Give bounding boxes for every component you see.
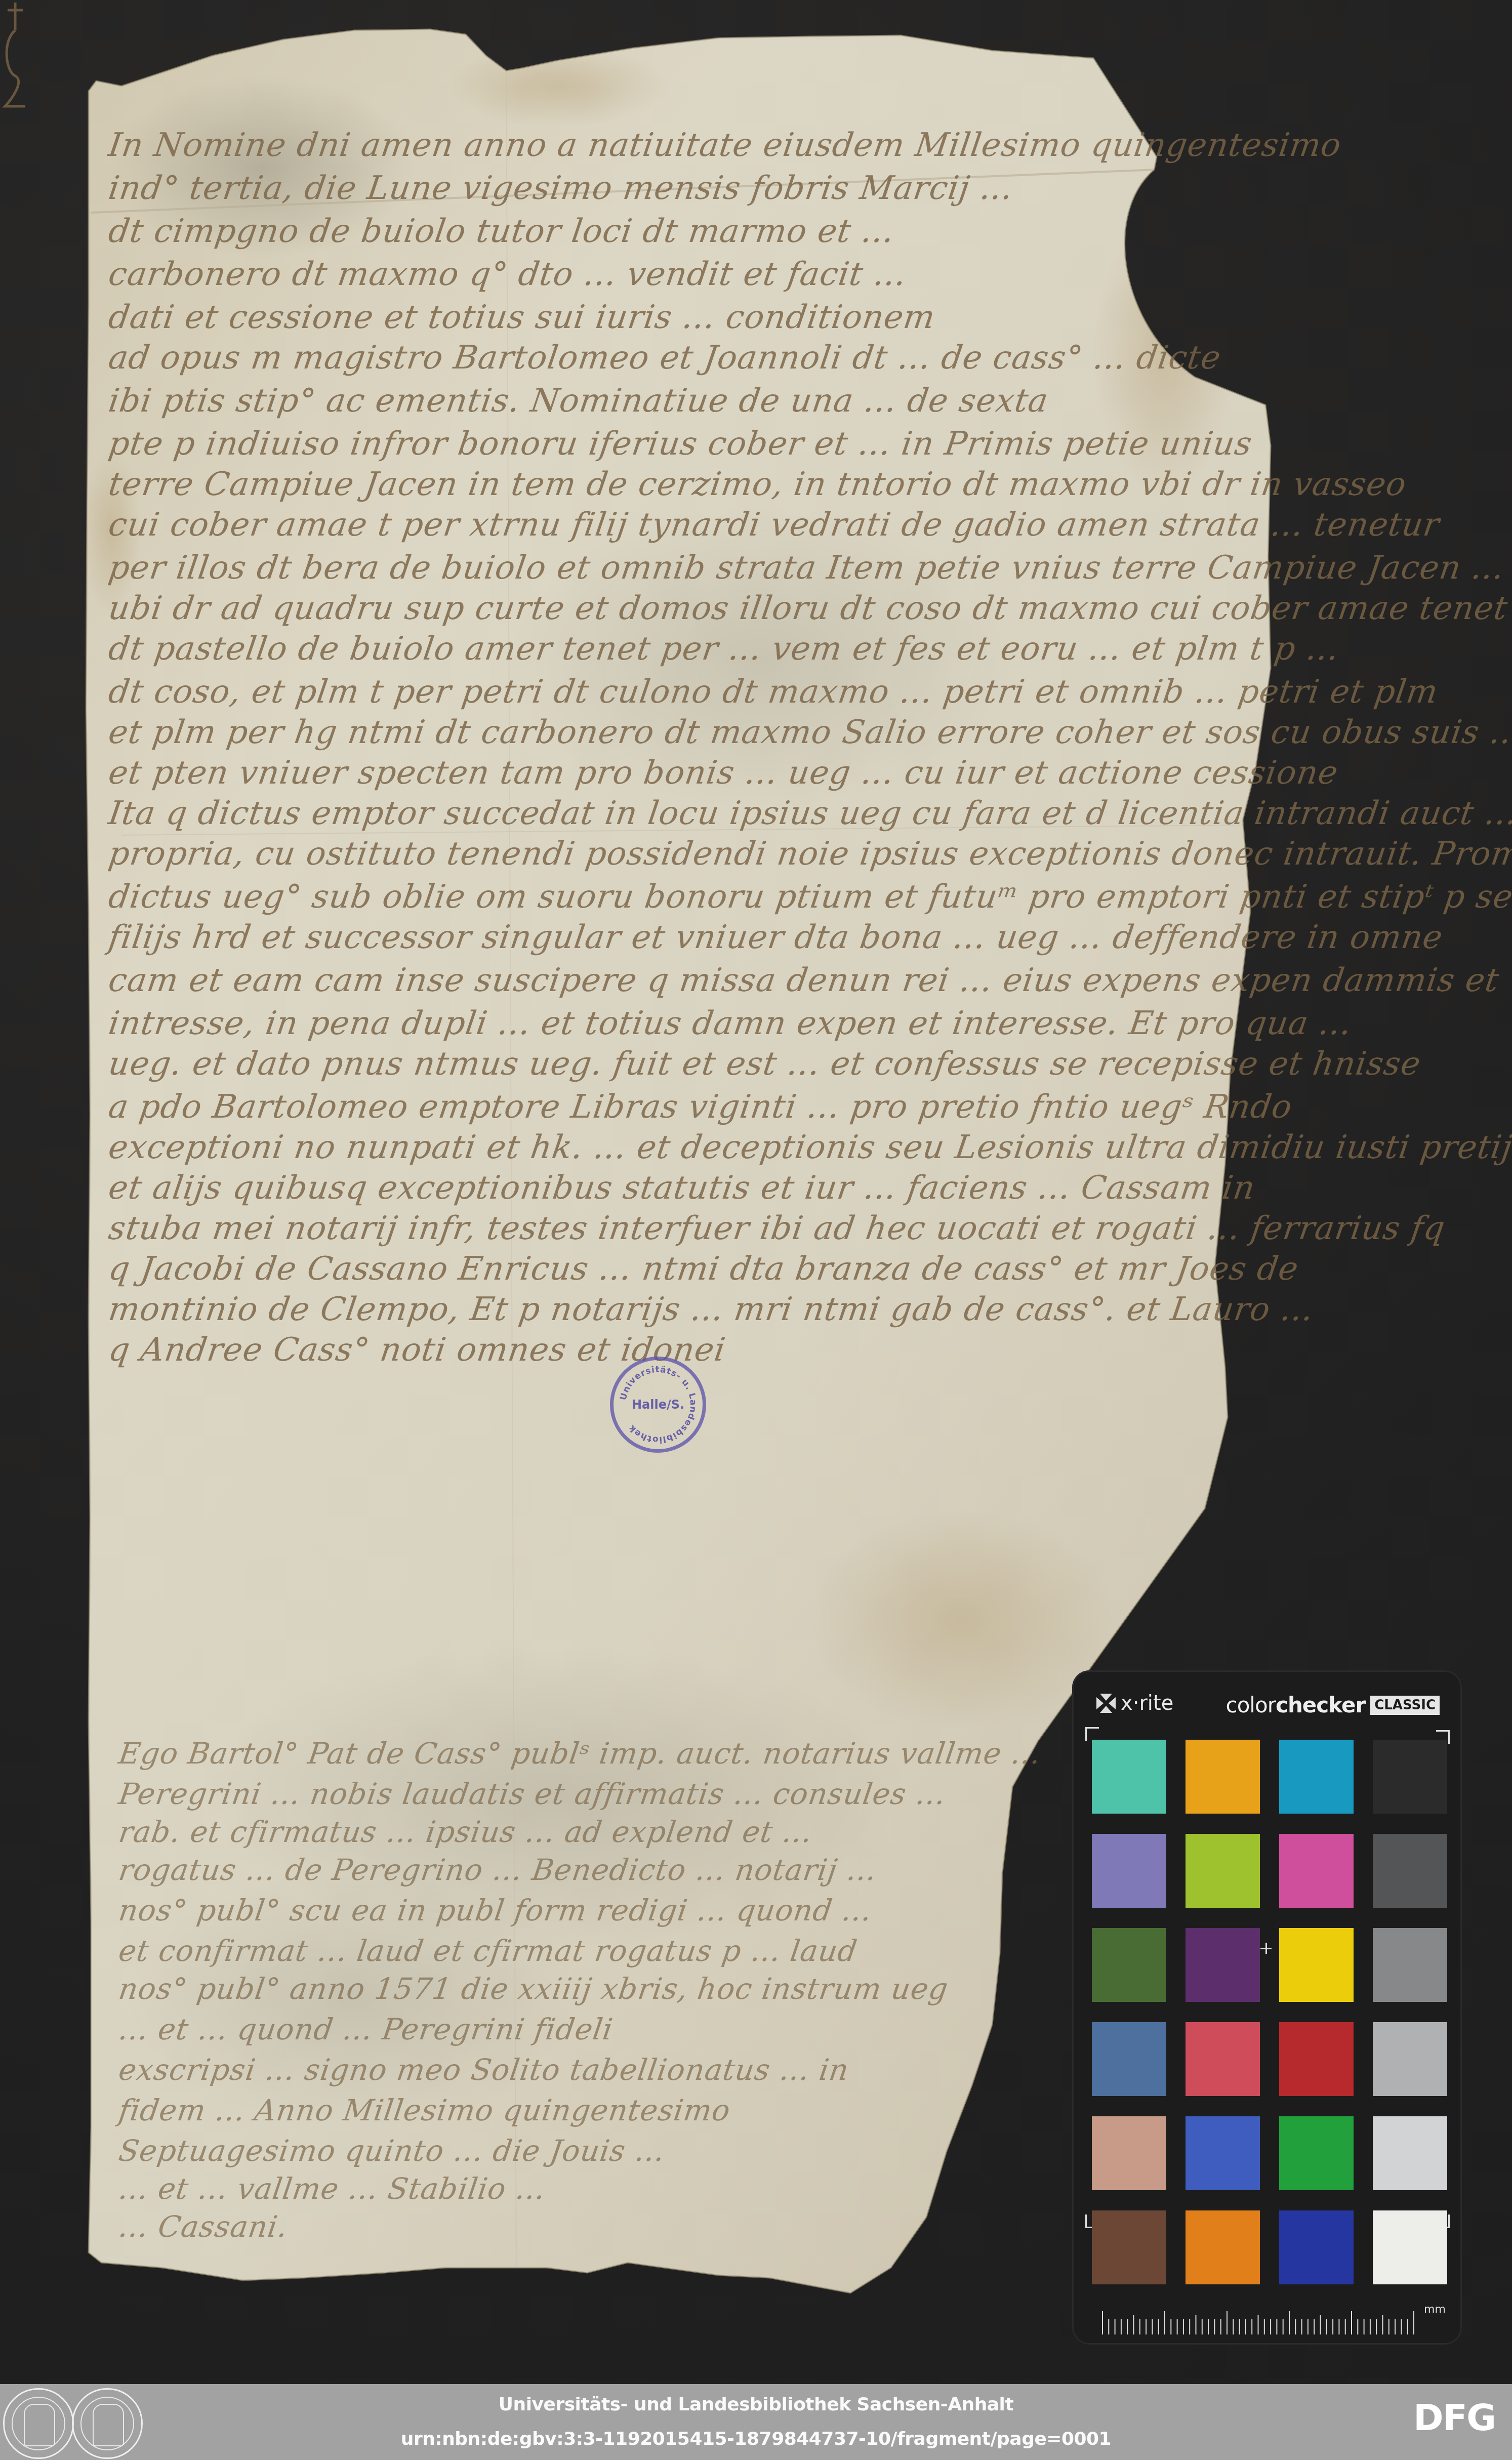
mm-ruler (1100, 2309, 1419, 2334)
title-light: color (1226, 1693, 1276, 1717)
color-patch (1373, 2116, 1447, 2190)
stamp-center-text: Halle/S. (614, 1398, 703, 1412)
color-patch (1092, 2116, 1166, 2190)
color-patch (1092, 2022, 1166, 2096)
color-patch (1373, 2022, 1447, 2096)
corner-mark-icon (1085, 1727, 1099, 1741)
color-patch (1279, 1834, 1354, 1908)
color-patch (1279, 1928, 1354, 2002)
footer-bar: Universitäts- und Landesbibliothek Sachs… (0, 2384, 1512, 2460)
color-patch (1279, 2116, 1354, 2190)
color-patch (1186, 1834, 1260, 1908)
library-stamp: Universitäts- u. Landesbibliothek Halle/… (610, 1357, 706, 1453)
color-patch (1279, 2022, 1354, 2096)
color-patch (1279, 1740, 1354, 1814)
color-patch (1279, 2210, 1354, 2284)
title-bold: checker (1276, 1693, 1365, 1717)
color-patch (1092, 2210, 1166, 2284)
ruler-unit-label: mm (1424, 2303, 1446, 2316)
classic-badge: CLASSIC (1370, 1696, 1440, 1715)
color-patch (1186, 2022, 1260, 2096)
color-patch (1186, 1740, 1260, 1814)
xrite-logo-icon (1096, 1694, 1116, 1713)
xrite-label: x·rite (1121, 1692, 1173, 1715)
colorchecker-title: color checker CLASSIC (1226, 1693, 1440, 1717)
colorchecker-card: x·rite color checker CLASSIC mm (1072, 1670, 1462, 2345)
color-patch (1373, 1740, 1447, 1814)
color-patch (1373, 1834, 1447, 1908)
dfg-logo: DFG (1413, 2399, 1495, 2436)
urn-identifier[interactable]: urn:nbn:de:gbv:3:3-1192015415-1879844737… (0, 2429, 1512, 2449)
crosshair-icon (1260, 1943, 1272, 1954)
color-patch (1373, 2210, 1447, 2284)
color-patch (1092, 1928, 1166, 2002)
color-patch (1092, 1834, 1166, 1908)
color-patch (1373, 1928, 1447, 2002)
color-patch (1092, 1740, 1166, 1814)
institution-name: Universitäts- und Landesbibliothek Sachs… (0, 2394, 1512, 2415)
xrite-brand: x·rite (1096, 1692, 1173, 1715)
color-patch-grid (1092, 1740, 1447, 2284)
color-patch (1186, 2116, 1260, 2190)
color-patch (1186, 1928, 1260, 2002)
color-patch (1186, 2210, 1260, 2284)
